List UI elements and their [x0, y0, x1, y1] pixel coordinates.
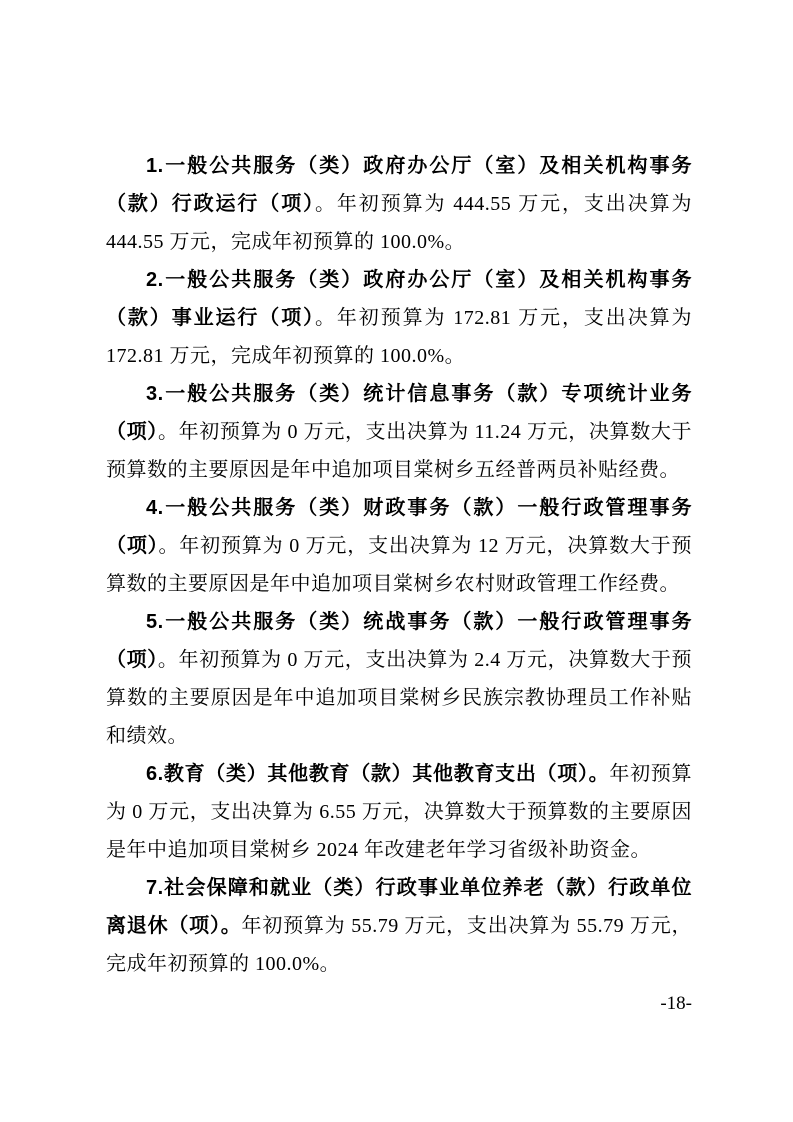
- paragraph-6-heading: 6.教育（类）其他教育（款）其他教育支出（项）。: [146, 763, 609, 785]
- paragraph-5-text: 。年初预算为 0 万元，支出决算为 2.4 万元，决算数大于预算数的主要原因是年…: [106, 649, 692, 747]
- paragraph-2: 2.一般公共服务（类）政府办公厅（室）及相关机构事务（款）事业运行（项）。年初预…: [106, 261, 692, 375]
- paragraph-3-text: 。年初预算为 0 万元，支出决算为 11.24 万元，决算数大于预算数的主要原因…: [106, 421, 692, 481]
- paragraph-4-text: 。年初预算为 0 万元，支出决算为 12 万元，决算数大于预算数的主要原因是年中…: [106, 535, 692, 595]
- document-body: 1.一般公共服务（类）政府办公厅（室）及相关机构事务（款）行政运行（项）。年初预…: [106, 147, 692, 983]
- paragraph-6: 6.教育（类）其他教育（款）其他教育支出（项）。年初预算为 0 万元，支出决算为…: [106, 755, 692, 869]
- document-page: 1.一般公共服务（类）政府办公厅（室）及相关机构事务（款）行政运行（项）。年初预…: [0, 0, 793, 1122]
- paragraph-7: 7.社会保障和就业（类）行政事业单位养老（款）行政单位离退休（项）。年初预算为 …: [106, 869, 692, 983]
- paragraph-3: 3.一般公共服务（类）统计信息事务（款）专项统计业务（项）。年初预算为 0 万元…: [106, 375, 692, 489]
- page-number: -18-: [106, 992, 692, 1016]
- paragraph-4: 4.一般公共服务（类）财政事务（款）一般行政管理事务（项）。年初预算为 0 万元…: [106, 489, 692, 603]
- paragraph-1: 1.一般公共服务（类）政府办公厅（室）及相关机构事务（款）行政运行（项）。年初预…: [106, 147, 692, 261]
- paragraph-5: 5.一般公共服务（类）统战事务（款）一般行政管理事务（项）。年初预算为 0 万元…: [106, 603, 692, 755]
